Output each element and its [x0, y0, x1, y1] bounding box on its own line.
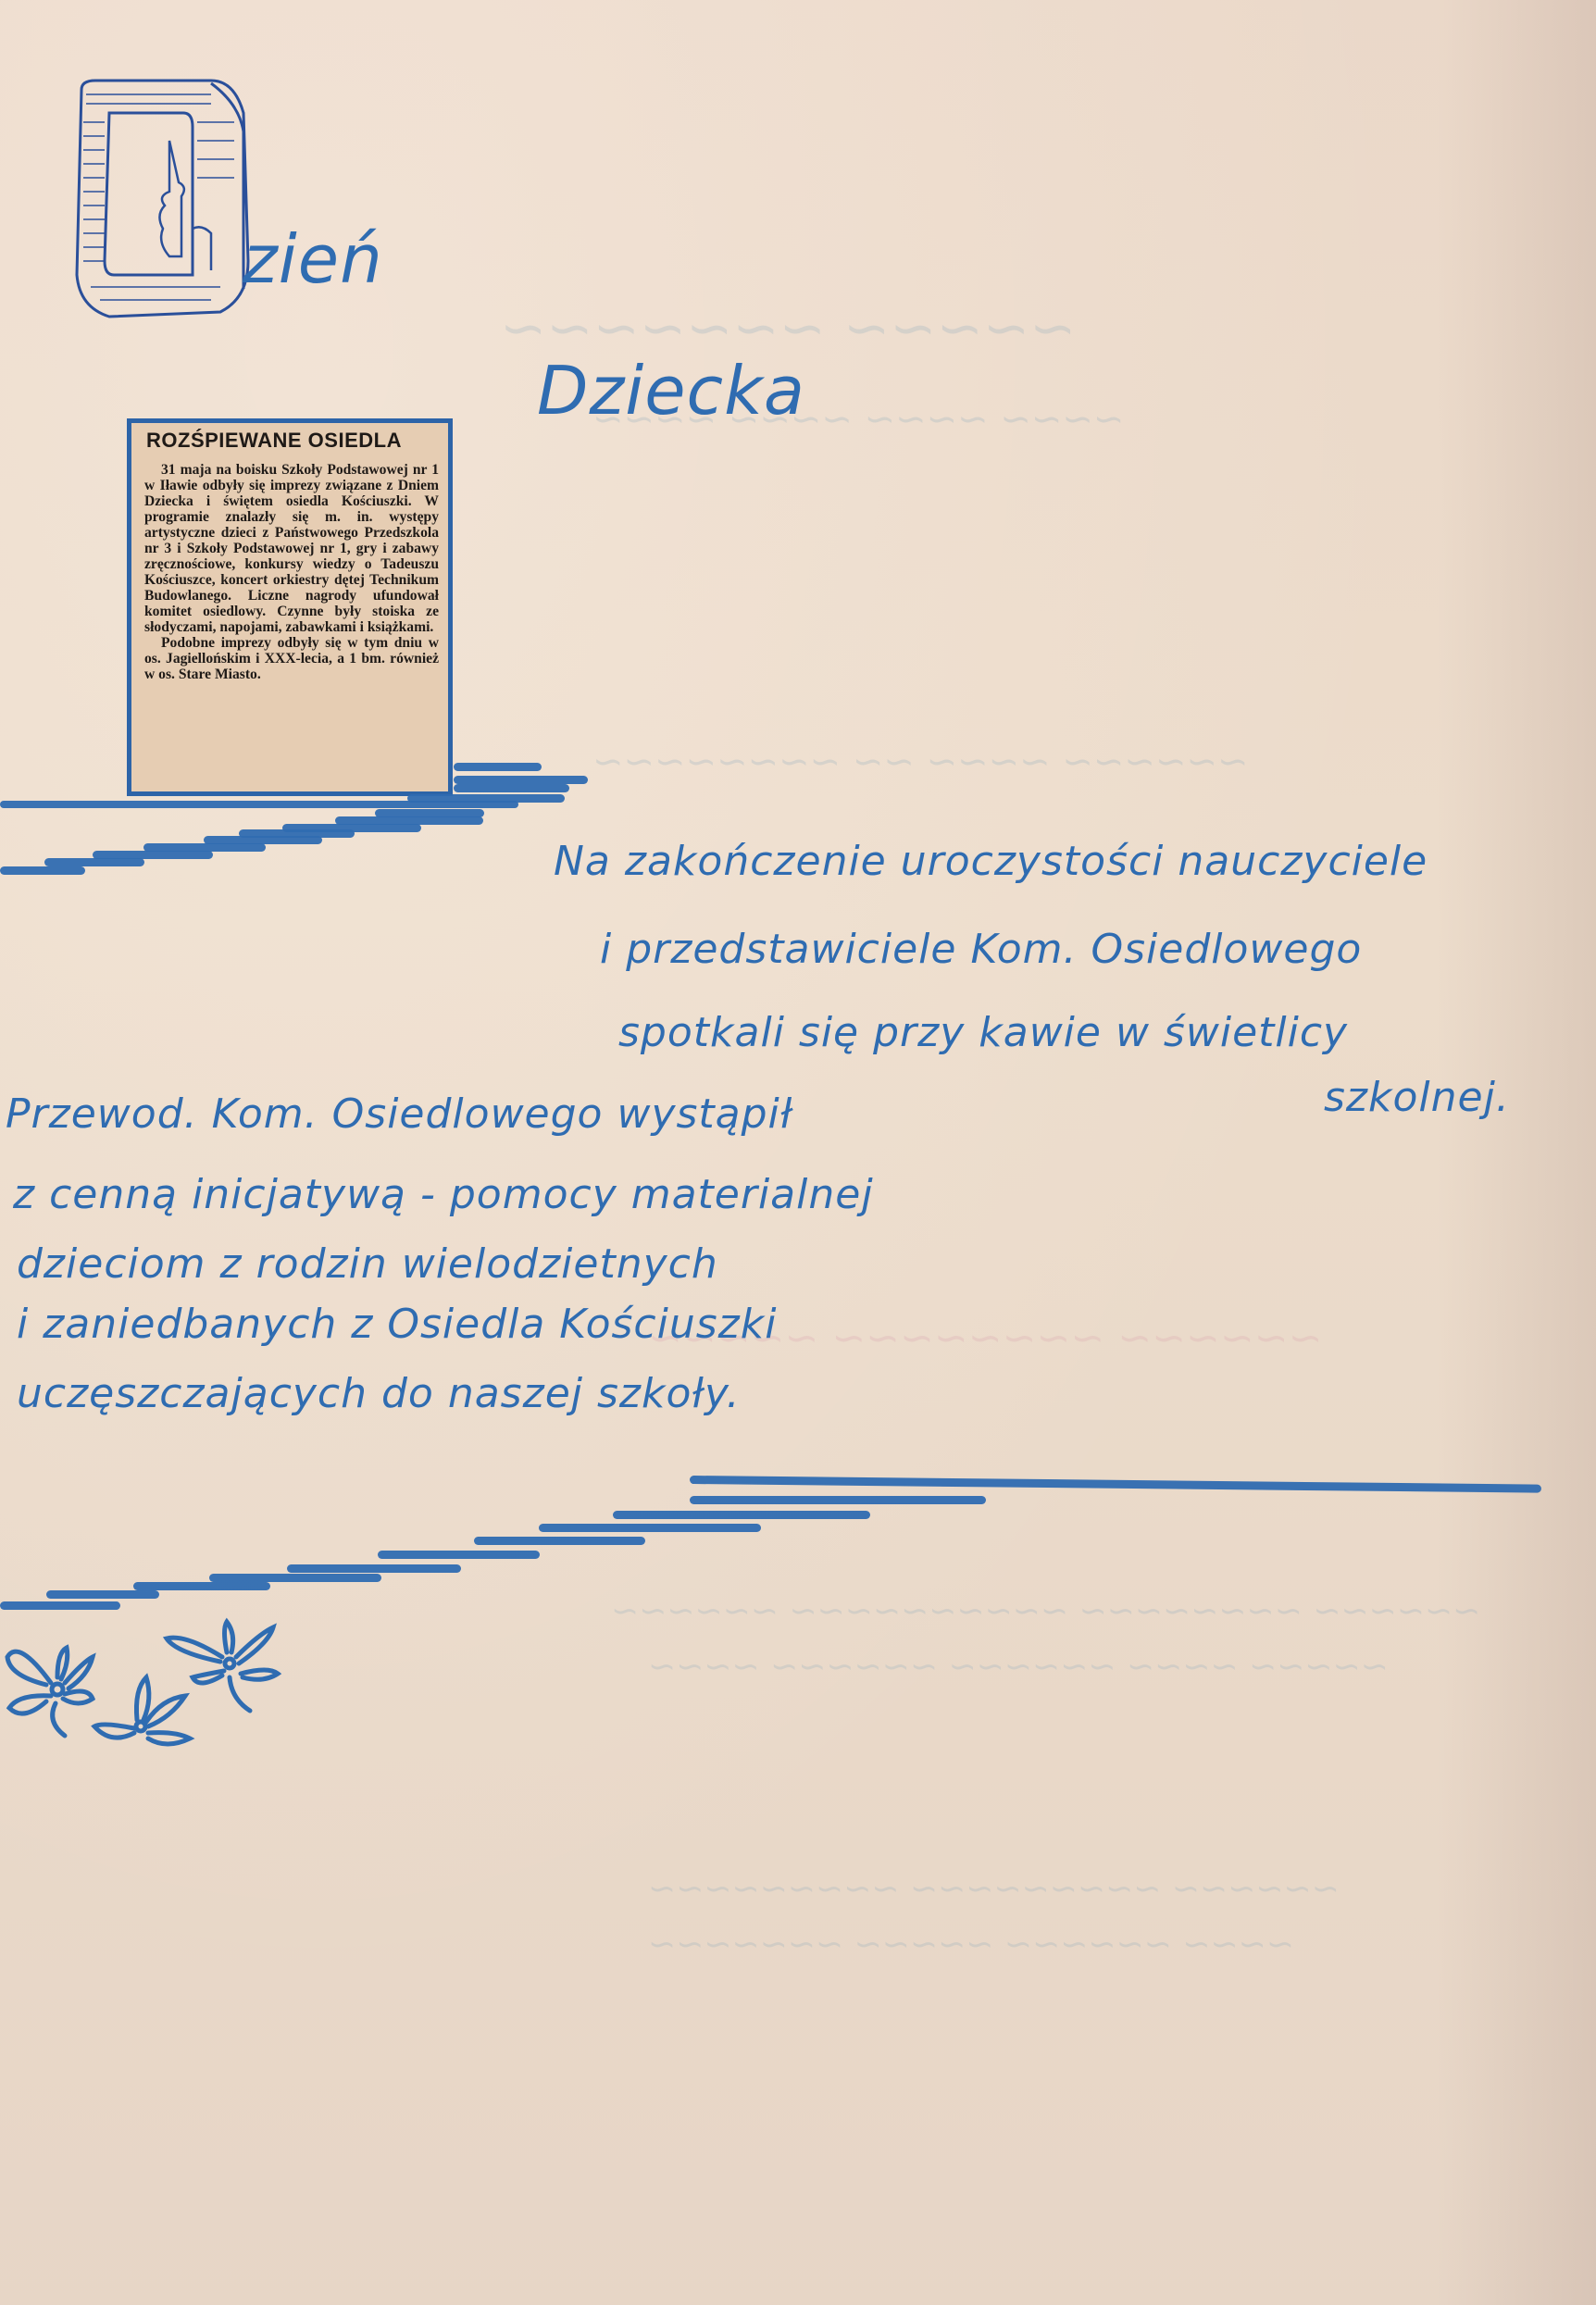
- title-word-dziecka: Dziecka: [537, 352, 805, 430]
- clipping-paragraph: Podobne imprezy odbyły się w tym dniu w …: [144, 635, 439, 682]
- handwritten-line: z cenną inicjatywą - pomocy materialnej: [13, 1171, 874, 1218]
- clipping-headline: ROZŚPIEWANE OSIEDLA: [146, 429, 439, 453]
- bleed-through-text: ~~~~~~ ~~~~~~~~~ ~~~~~~~~~: [648, 1870, 1340, 1908]
- bleed-through-text: ~~~~ ~~~~~~ ~~~~~ ~~~~~~~: [648, 1925, 1294, 1963]
- handwritten-line: uczęszczających do naszej szkoły.: [17, 1370, 741, 1417]
- clipping-body: 31 maja na boisku Szkoły Podstawowej nr …: [144, 462, 439, 682]
- handwritten-line: Przewod. Kom. Osiedlowego wystąpił: [6, 1090, 792, 1138]
- bleed-through-text: ~~~~~~ ~~~~~~~~ ~~~~~~~~~~ ~~~~~~: [611, 1592, 1480, 1630]
- clipping-paragraph: 31 maja na boisku Szkoły Podstawowej nr …: [144, 462, 439, 635]
- bleed-through-text: ~~~~~~ ~~~~ ~~ ~~~~~~~~: [592, 741, 1248, 783]
- bleed-through-text: ~~~~~ ~~~~ ~~~~~~ ~~~~~~ ~~~~: [648, 1648, 1389, 1686]
- handwritten-line: i zaniedbanych z Osiedla Kościuszki: [17, 1301, 777, 1348]
- handwritten-line: szkolnej.: [1324, 1074, 1510, 1121]
- title-word-dzien-rest: zień: [243, 220, 383, 298]
- handwritten-line: spotkali się przy kawie w świetlicy: [618, 1009, 1348, 1056]
- doodled-flowers-icon: [0, 1611, 315, 1759]
- decorative-initial-d-icon: [72, 76, 257, 326]
- newspaper-clipping: ROZŚPIEWANE OSIEDLA 31 maja na boisku Sz…: [127, 418, 453, 796]
- handwritten-line: i przedstawiciele Kom. Osiedlowego: [600, 926, 1362, 973]
- handwritten-line: Na zakończenie uroczystości nauczyciele: [554, 838, 1428, 885]
- handwritten-line: dzieciom z rodzin wielodzietnych: [17, 1240, 718, 1288]
